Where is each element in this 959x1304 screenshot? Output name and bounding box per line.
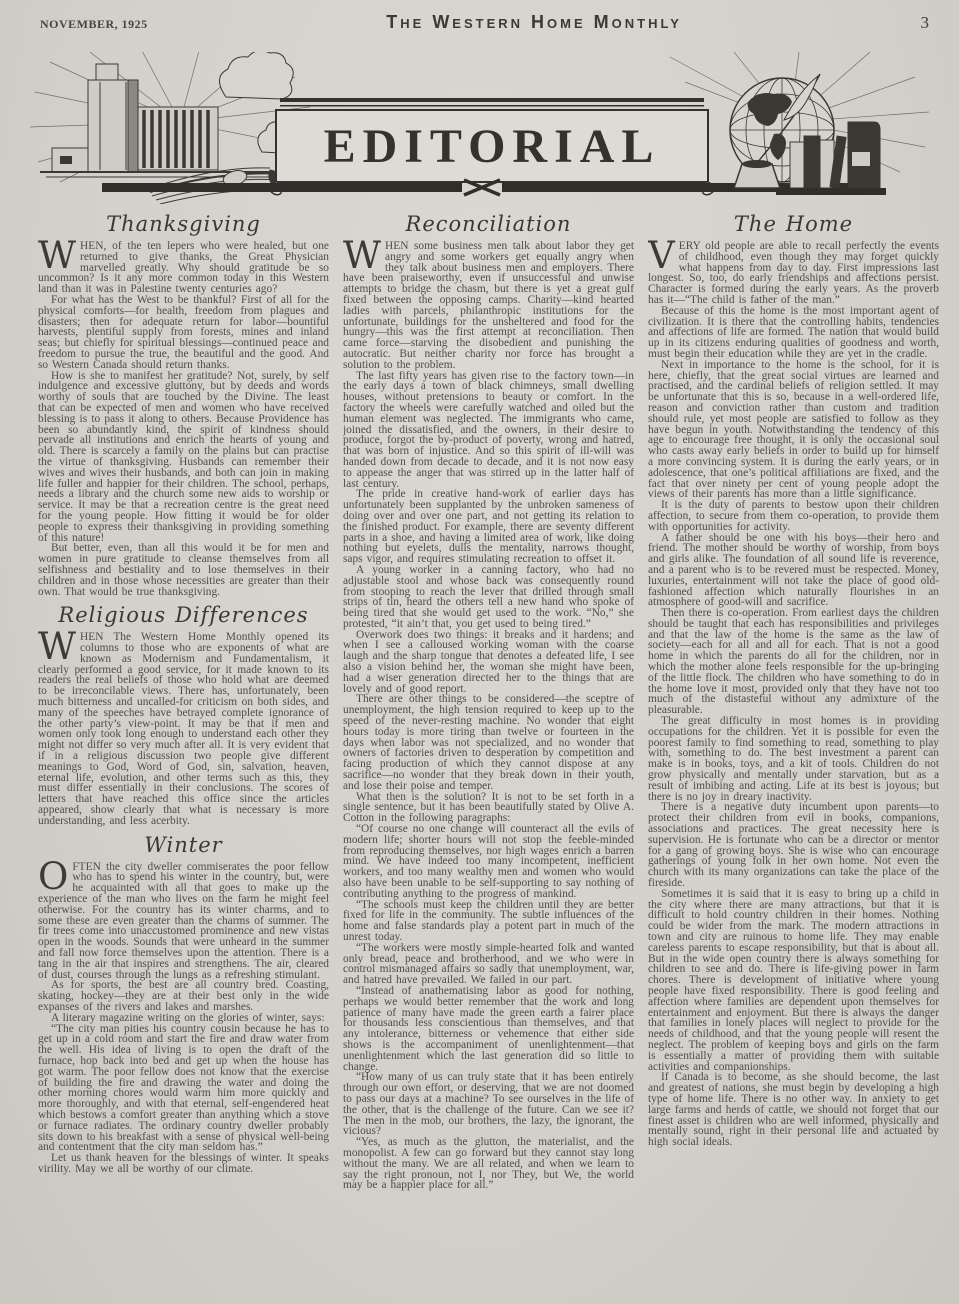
paragraph: As for sports, the best are all country … [38, 980, 329, 1012]
paragraph: WHEN The Western Home Monthly opened its… [38, 632, 329, 826]
magazine-page: NOVEMBER, 1925 The Western Home Monthly … [0, 0, 959, 1304]
paragraph: A young worker in a canning factory, who… [343, 565, 634, 630]
section-heading: Religious Differences [38, 603, 329, 627]
paragraph: “Of course no one change will counteract… [343, 824, 634, 900]
paragraph: For what has the West to be thankful? Fi… [38, 295, 329, 371]
paragraph: How is she to manifest her gratitude? No… [38, 371, 329, 544]
paragraph: What then is the solution? It is not to … [343, 792, 634, 824]
drop-cap: W [343, 241, 385, 270]
paragraph: There are other things to be considered—… [343, 694, 634, 791]
editorial-scroll: EDITORIAL [269, 98, 714, 195]
drop-cap: V [648, 241, 679, 270]
paragraph: WHEN some business men talk about labor … [343, 241, 634, 371]
drop-cap: W [38, 632, 80, 661]
drop-cap: W [38, 241, 80, 270]
section-heading: Reconciliation [343, 212, 634, 236]
editorial-banner: EDITORIAL [30, 52, 929, 204]
paragraph: “The city man pities his country cousin … [38, 1024, 329, 1154]
banner-illustration: EDITORIAL [30, 52, 929, 204]
paragraph: OFTEN the city dweller commiserates the … [38, 862, 329, 981]
paragraph: “Yes, as much as the glutton, the materi… [343, 1137, 634, 1191]
paragraph: “Instead of anathematising labor as good… [343, 986, 634, 1072]
paragraph: Overwork does two things: it breaks and … [343, 630, 634, 695]
column-3: The HomeVERY old people are able to reca… [648, 206, 939, 1298]
paragraph: “How many of us can truly state that it … [343, 1072, 634, 1137]
paragraph: Sometimes it is said that it is easy to … [648, 889, 939, 1073]
editorial-columns: ThanksgivingWHEN, of the ten lepers who … [38, 206, 940, 1298]
paragraph: But better, even, than all this would it… [38, 543, 329, 597]
issue-date: NOVEMBER, 1925 [40, 17, 148, 32]
grain-elevator-illustration [40, 52, 311, 204]
paragraph: Because of this the home is the most imp… [648, 306, 939, 360]
banner-title: EDITORIAL [324, 120, 661, 173]
paragraph: Let us thank heaven for the blessings of… [38, 1153, 329, 1175]
paragraph: The last fifty years has given rise to t… [343, 371, 634, 490]
paragraph: There is a negative duty incumbent upon … [648, 802, 939, 888]
paragraph: If Canada is to become, as she should be… [648, 1072, 939, 1148]
column-2: ReconciliationWHEN some business men tal… [343, 206, 634, 1298]
section-heading: Thanksgiving [38, 212, 329, 236]
section-heading: Winter [38, 833, 329, 857]
paragraph: “The workers were mostly simple-hearted … [343, 943, 634, 986]
paragraph: WHEN, of the ten lepers who were healed,… [38, 241, 329, 295]
paragraph: The great difficulty in most homes is in… [648, 716, 939, 802]
publication-title: The Western Home Monthly [386, 12, 682, 33]
globe-illustration [730, 74, 886, 195]
paragraph: It is the duty of parents to bestow upon… [648, 500, 939, 532]
paragraph: Next in importance to the home is the sc… [648, 360, 939, 500]
paragraph: The pride in creative hand-work of earli… [343, 489, 634, 565]
paragraph: A father should be one with his boys—the… [648, 533, 939, 609]
section-heading: The Home [648, 212, 939, 236]
page-number: 3 [921, 13, 930, 33]
column-1: ThanksgivingWHEN, of the ten lepers who … [38, 206, 329, 1298]
drop-cap: O [38, 862, 72, 891]
loading-dock-icon [138, 107, 218, 170]
paragraph: “The schools must keep the children unti… [343, 900, 634, 943]
paragraph: A literary magazine writing on the glori… [38, 1013, 329, 1024]
masthead: NOVEMBER, 1925 The Western Home Monthly … [40, 12, 929, 33]
paragraph: Then there is co-operation. From earlies… [648, 608, 939, 716]
paragraph: VERY old people are able to recall perfe… [648, 241, 939, 306]
